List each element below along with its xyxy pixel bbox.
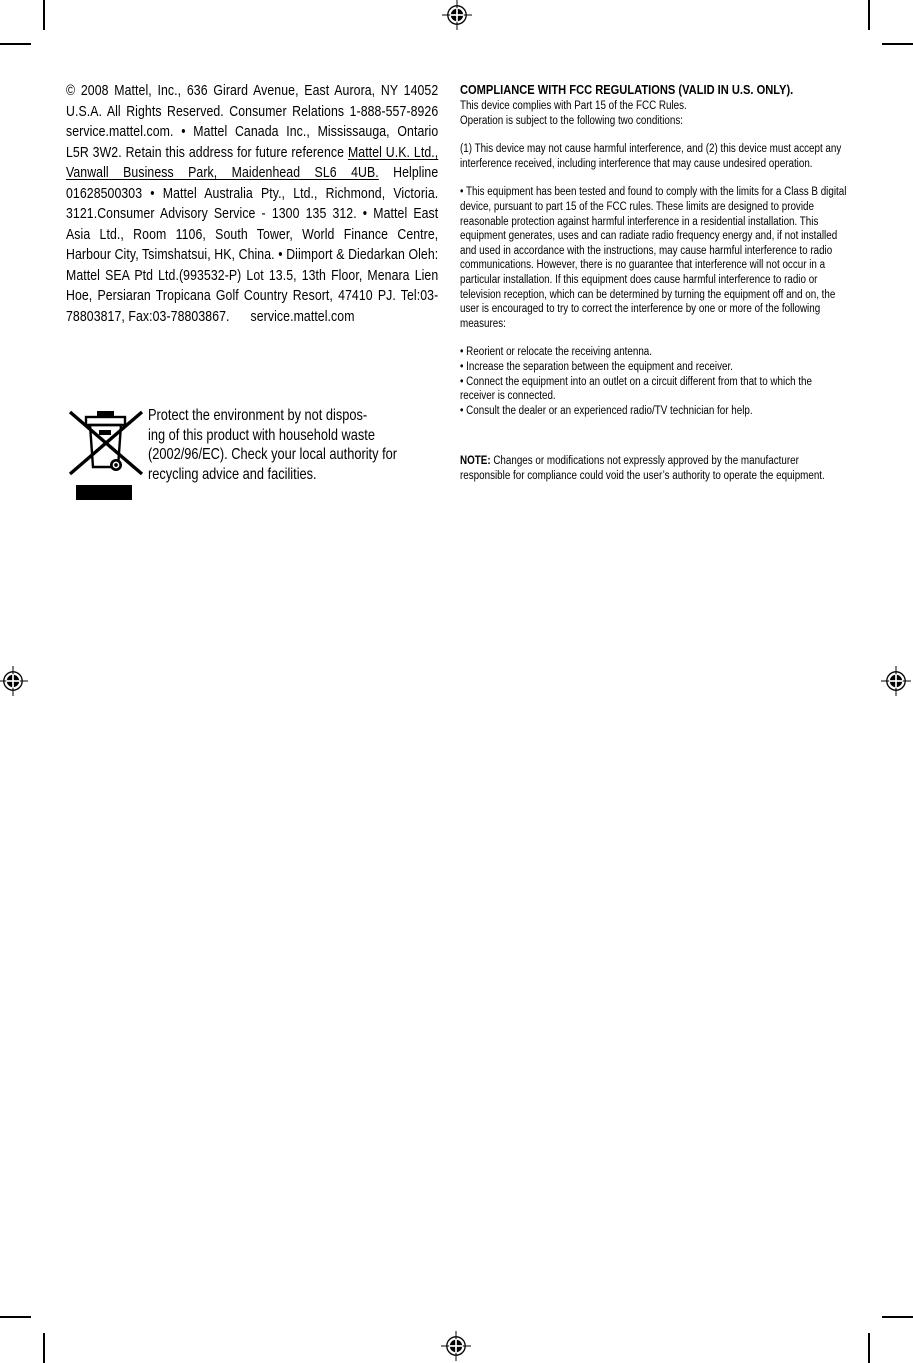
environment-notice-text: Protect the environment by not dispos- i… (148, 406, 452, 484)
fcc-measure-item: • Increase the separation between the eq… (460, 360, 846, 375)
crossed-out-wheeled-bin-icon (66, 404, 146, 504)
crop-mark-line (868, 1333, 870, 1363)
crop-mark-line (882, 1316, 913, 1318)
fcc-note-text: Changes or modifications not expressly a… (460, 455, 825, 482)
crop-mark-line (43, 1333, 45, 1363)
crop-mark-line (0, 1316, 31, 1318)
fcc-note-label: NOTE: (460, 455, 491, 467)
fcc-measures-list: • Reorient or relocate the receiving ant… (460, 345, 846, 418)
fcc-measure-item: • Consult the dealer or an experienced r… (460, 404, 846, 419)
registration-target-icon (881, 666, 911, 696)
registration-target-icon (442, 0, 472, 30)
registration-target-icon (441, 1331, 471, 1361)
crop-mark-line (882, 43, 913, 45)
crop-mark-line (43, 0, 45, 30)
fcc-intro-line2: Operation is subject to the following tw… (460, 114, 846, 129)
fcc-compliance-section: COMPLIANCE WITH FCC REGULATIONS (VALID I… (460, 82, 852, 483)
fcc-heading: COMPLIANCE WITH FCC REGULATIONS (VALID I… (460, 82, 846, 97)
fcc-note-paragraph: NOTE: Changes or modifications not expre… (460, 454, 846, 483)
copyright-address-block: © 2008 Mattel, Inc., 636 Girard Avenue, … (66, 81, 444, 327)
fcc-conditions-paragraph: (1) This device may not cause harmful in… (460, 142, 846, 171)
crop-mark-line (0, 43, 31, 45)
fcc-intro-line1: This device complies with Part 15 of the… (460, 99, 846, 114)
fcc-class-b-paragraph: • This equipment has been tested and fou… (460, 185, 846, 331)
crop-mark-line (868, 0, 870, 30)
fcc-measure-item: • Connect the equipment into an outlet o… (460, 375, 846, 404)
fcc-measure-item: • Reorient or relocate the receiving ant… (460, 345, 846, 360)
copyright-text-part2: Helpline 01628500303 • Mattel Australia … (66, 164, 438, 325)
registration-target-icon (0, 666, 28, 696)
document-page: { "colors": { "ink": "#000000", "paper":… (0, 0, 913, 1363)
